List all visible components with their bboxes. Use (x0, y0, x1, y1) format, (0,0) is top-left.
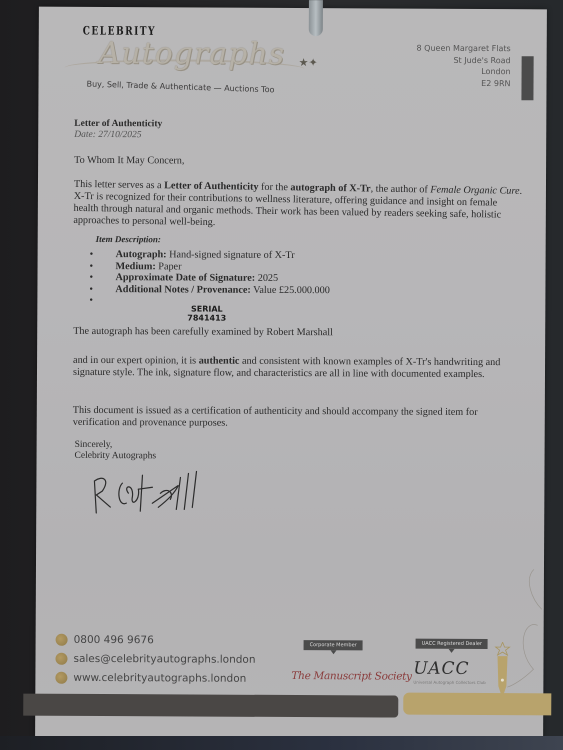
paper-clip (309, 0, 323, 36)
item-label: Approximate Date of Signature: (115, 272, 255, 284)
globe-icon (55, 671, 67, 683)
serial-stamp: SERIAL 7841413 (187, 304, 226, 322)
handwritten-signature (88, 463, 218, 524)
website-url: www.celebrityautographs.london (73, 671, 246, 684)
opinion-text: and in our expert opinion, it is (73, 355, 199, 367)
item-description-label: Item Description: (96, 233, 524, 247)
decorative-pen-stroke (503, 569, 544, 689)
address-line: London (416, 66, 510, 78)
footer-gold-bar (403, 693, 551, 716)
table-surface (0, 736, 563, 750)
email-address: sales@celebrityautographs.london (73, 652, 255, 665)
certification-paragraph: This document is issued as a certificati… (73, 405, 523, 431)
letter-paper: CELEBRITY Autographs ★✦ Buy, Sell, Trade… (35, 7, 547, 740)
intro-bold-autograph: autograph of X-Tr (290, 182, 370, 194)
sender-address: 8 Queen Margaret Flats St Jude's Road Lo… (416, 43, 510, 89)
decorative-side-bar (521, 56, 533, 100)
book-title: Female Organic Cure (430, 184, 519, 196)
item-value: 2025 (258, 273, 278, 284)
item-label: Medium: (116, 261, 156, 272)
intro-text: This letter serves as a (74, 179, 164, 191)
brand-tagline: Buy, Sell, Trade & Authenticate — Auctio… (86, 79, 274, 94)
item-value: Paper (158, 261, 181, 272)
closing-block: Sincerely, Celebrity Autographs (75, 440, 523, 464)
opinion-bold: authentic (199, 356, 240, 367)
manuscript-society-logo: The Manuscript Society (291, 670, 411, 683)
uacc-dealer-badge: UACC Registered Dealer (416, 639, 488, 649)
email-icon (55, 652, 67, 664)
star-icon: ★✦ (299, 56, 318, 69)
serial-label: SERIAL (187, 304, 226, 313)
opinion-paragraph: and in our expert opinion, it is authent… (73, 355, 523, 381)
date-value: 27/10/2025 (98, 130, 141, 140)
uacc-subtitle: Universal Autograph Collectors Club (413, 680, 485, 685)
phone-icon (56, 633, 68, 645)
item-value: Hand-signed signature of X-Tr (169, 249, 295, 261)
letter-date: Date: 27/10/2025 (74, 129, 524, 143)
intro-bold-loa: Letter of Authenticity (164, 180, 258, 192)
phone-number: 0800 496 9676 (74, 633, 154, 645)
signatory: Celebrity Autographs (75, 451, 523, 464)
footer-dark-bar (23, 694, 398, 718)
brand-script-logo: Autographs (99, 36, 286, 72)
contact-website: www.celebrityautographs.london (55, 668, 255, 688)
address-line: 8 Queen Margaret Flats (417, 43, 511, 55)
item-label: Autograph: (116, 249, 167, 260)
intro-paragraph: This letter serves as a Letter of Authen… (73, 179, 524, 234)
list-item (115, 295, 523, 309)
address-line: E2 9RN (416, 77, 510, 89)
contact-info: 0800 496 9676 sales@celebrityautographs.… (55, 630, 255, 688)
item-value: Value £25.000.000 (253, 284, 330, 295)
contact-phone: 0800 496 9676 (56, 630, 256, 650)
uacc-logo: UACC (413, 659, 469, 679)
item-list: Autograph: Hand-signed signature of X-Tr… (115, 249, 523, 309)
date-label: Date: (74, 130, 96, 140)
examined-statement: The autograph has been carefully examine… (73, 326, 523, 340)
intro-text: for the (258, 182, 290, 194)
salutation: To Whom It May Concern, (74, 155, 524, 169)
contact-email: sales@celebrityautographs.london (55, 649, 255, 669)
address-line: St Jude's Road (416, 54, 510, 66)
item-label: Additional Notes / Provenance: (115, 284, 250, 296)
corporate-member-badge: Corporate Member (304, 640, 363, 650)
serial-number: 7841413 (187, 313, 226, 322)
intro-text: , the author of (371, 184, 431, 196)
